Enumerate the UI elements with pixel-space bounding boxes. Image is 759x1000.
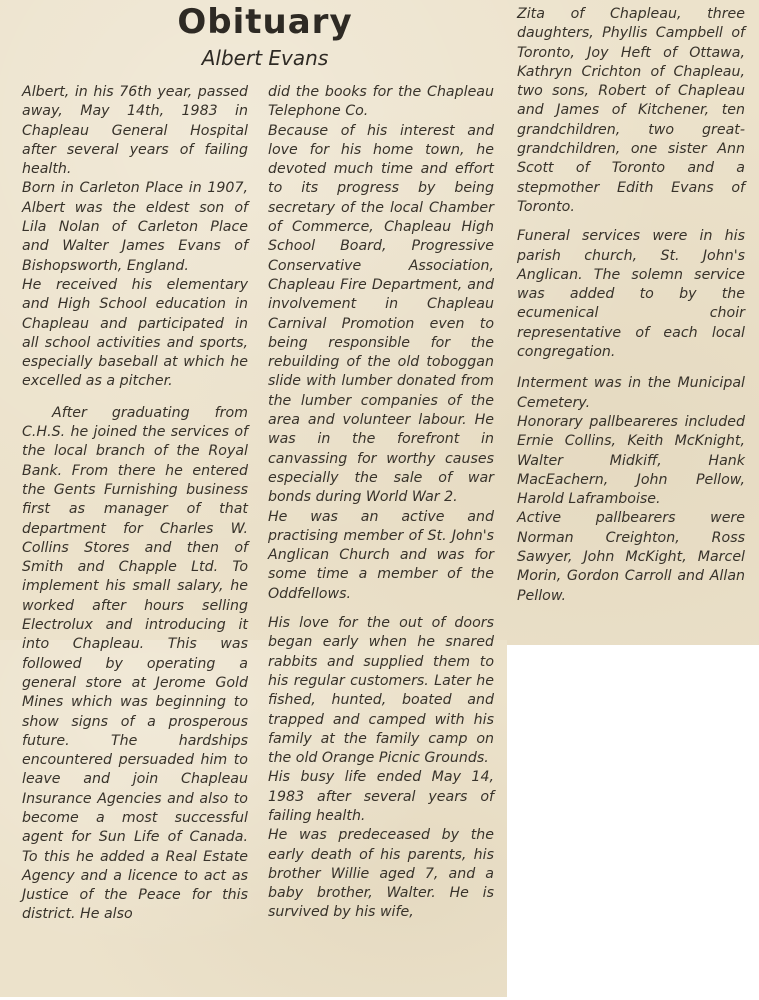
paragraph: Because of his interest and love for his… — [268, 122, 494, 508]
column-1: Albert, in his 76th year, passed away, M… — [22, 83, 248, 925]
headline: Obituary — [150, 2, 380, 42]
paragraph: did the books for the Chapleau Telephone… — [268, 83, 494, 122]
paragraph: Honorary pallbeareres included Ernie Col… — [517, 413, 745, 509]
paragraph: He received his elementary and High Scho… — [22, 276, 248, 392]
paragraph: After graduating from C.H.S. he joined t… — [22, 404, 248, 925]
paragraph: Born in Carleton Place in 1907, Albert w… — [22, 179, 248, 275]
paragraph: He was an active and practising member o… — [268, 508, 494, 604]
paragraph: He was predeceased by the early death of… — [268, 826, 494, 922]
column-3: Zita of Chapleau, three daughters, Phyll… — [517, 5, 745, 606]
paragraph: Zita of Chapleau, three daughters, Phyll… — [517, 5, 745, 217]
paragraph: His love for the out of doors began earl… — [268, 614, 494, 768]
column-2: did the books for the Chapleau Telephone… — [268, 83, 494, 923]
subhead-name: Albert Evans — [150, 46, 380, 70]
paragraph: Interment was in the Municipal Cemetery. — [517, 374, 745, 413]
paragraph: Funeral services were in his parish chur… — [517, 227, 745, 362]
paragraph: Albert, in his 76th year, passed away, M… — [22, 83, 248, 179]
paragraph: His busy life ended May 14, 1983 after s… — [268, 768, 494, 826]
paragraph: Active pallbearers were Norman Creighton… — [517, 509, 745, 605]
